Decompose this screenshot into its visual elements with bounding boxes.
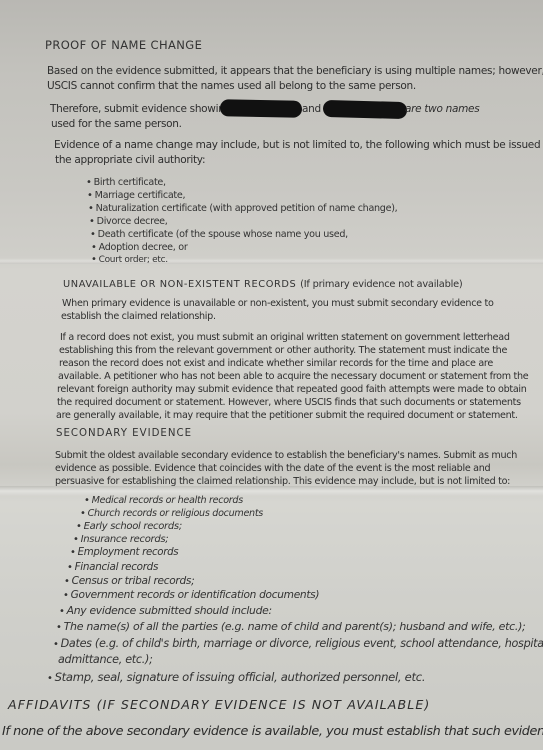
redacted-name-2 [323,100,407,119]
paragraph-text: are two names [405,103,479,117]
list-item: Birth certificate, [86,177,166,188]
paragraph-line: are generally available, it may require … [56,410,518,423]
list-item: Court order; etc. [91,254,168,265]
list-item-continuation: admittance, etc.); [58,653,153,666]
paragraph-line: When primary evidence is unavailable or … [62,298,494,311]
list-item: Death certificate (of the spouse whose n… [90,229,348,240]
paragraph-line: the required document or statement. Howe… [57,397,521,410]
paragraph-line: If a record does not exist, you must sub… [60,332,510,345]
list-item: Dates (e.g. of child's birth, marriage o… [53,637,543,650]
list-item: Employment records [70,547,178,558]
list-item: Any evidence submitted should include: [59,604,272,617]
section-heading-unavailable-records: UNAVAILABLE OR NON-EXISTENT RECORDS (If … [63,279,463,290]
list-item: Stamp, seal, signature of issuing offici… [47,670,425,684]
paragraph-line: Submit the oldest available secondary ev… [55,450,517,463]
section-heading-secondary-evidence: SECONDARY EVIDENCE [56,428,192,439]
list-item: The name(s) of all the parties (e.g. nam… [56,620,525,633]
paragraph-line: persuasive for establishing the claimed … [55,476,510,489]
paragraph-line: Evidence of a name change may include, b… [54,139,543,153]
list-item: Insurance records; [73,534,168,545]
list-item: Church records or religious documents [80,508,263,519]
uscis-letter-page: PROOF OF NAME CHANGE Based on the eviden… [0,0,543,750]
list-item: Financial records [67,561,158,573]
list-item: Adoption decree, or [91,242,188,253]
paragraph-line: used for the same person. [51,118,182,132]
paragraph-line: evidence as possible. Evidence that coin… [55,463,490,476]
list-item: Medical records or health records [84,495,243,506]
section-heading-affidavits: AFFIDAVITS (IF SECONDARY EVIDENCE IS NOT… [8,697,430,712]
list-item: Census or tribal records; [64,575,194,587]
paragraph-line: relevant foreign authority may submit ev… [57,384,527,397]
list-item: Marriage certificate, [87,190,185,201]
paragraph-text: and [302,103,321,117]
section-heading-proof-of-name-change: PROOF OF NAME CHANGE [45,38,202,52]
list-item: Government records or identification doc… [63,589,319,601]
list-item: Divorce decree, [89,216,168,227]
paragraph-line: establishing this from the relevant gove… [59,345,507,358]
paragraph-line: establish the claimed relationship. [61,311,216,324]
redacted-name-1 [220,99,302,117]
list-item: Naturalization certificate (with approve… [88,203,397,214]
list-item: Early school records; [76,521,182,532]
paragraph-line: available. A petitioner who has not been… [58,371,528,384]
paragraph-line: If none of the above secondary evidence … [2,724,543,739]
paragraph-line: reason the record does not exist and ind… [59,358,493,371]
paragraph-line: Based on the evidence submitted, it appe… [47,65,543,79]
paragraph-line: USCIS cannot confirm that the names used… [47,80,416,94]
paragraph-line: the appropriate civil authority: [55,154,205,168]
